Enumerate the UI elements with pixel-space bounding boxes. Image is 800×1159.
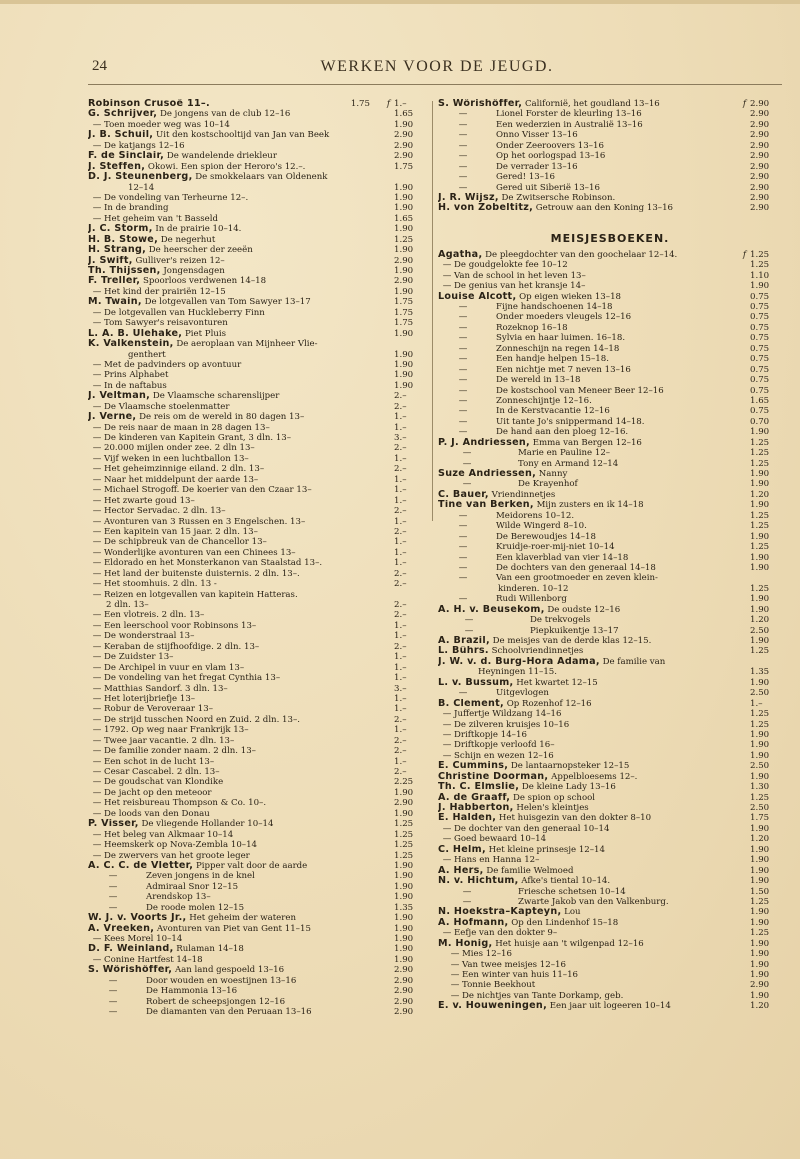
book-title: Jongensdagen — [163, 266, 224, 276]
price: 1.25 — [750, 459, 782, 469]
book-title: Hector Servadac. 2 dln. 13– — [104, 506, 226, 516]
price: 2.50 — [750, 803, 782, 813]
book-title: Sylvia en haar luimen. 16–18. — [496, 333, 625, 343]
book-title: De familie Welmoed — [486, 866, 573, 876]
book-title: De loods van den Donau — [104, 809, 210, 819]
book-title: Een winter van huis 11–16 — [462, 970, 578, 980]
book-title: Schijn en wezen 12–16 — [454, 751, 554, 761]
ditto-dash: — — [456, 594, 470, 604]
ditto-dash: — — [456, 162, 470, 172]
entry-text: —Arendskop 13– — [88, 892, 390, 902]
book-title: Uit tante Jo's snippermand 14–18. — [496, 417, 645, 427]
book-entry: —Tom Sawyer's reisavonturen1.75 — [88, 318, 426, 328]
price: 0.75 — [750, 312, 782, 322]
book-title: De Vlaamsche stoelenmatter — [104, 402, 230, 412]
book-entry: —De vondeling van Terheurne 12–.1.90 — [88, 193, 426, 203]
running-title: WERKEN VOOR DE JEUGD. — [92, 58, 782, 76]
entry-text: —Een winter van huis 11–16 — [438, 970, 746, 980]
entry-text: —De Archipel in vuur en vlam 13– — [88, 663, 390, 673]
price: 1.90 — [750, 479, 782, 489]
ditto-dash: — — [90, 141, 104, 151]
ditto-dash: — — [456, 354, 470, 364]
book-entry: —Een handje helpen 15–18.0.75 — [438, 354, 782, 364]
entry-text: —Eldorado en het Monsterkanon van Staals… — [88, 558, 390, 568]
book-title: Op den Lindenhof 15–18 — [511, 918, 618, 928]
price: 2.90 — [750, 183, 782, 193]
author-name: Th. Thijssen, — [88, 266, 161, 276]
price: 0.75 — [750, 344, 782, 354]
author-name: B. Clement, — [438, 699, 504, 709]
entry-text: E. v. Houweningen, Een jaar uit logeeren… — [438, 1001, 746, 1011]
entry-text: —De kinderen van Kapitein Grant, 3 dln. … — [88, 433, 390, 443]
book-title: Een klaverblad van vier 14–18 — [496, 553, 628, 563]
book-title: Gered! 13–16 — [496, 172, 555, 182]
book-entry: Louise Alcott, Op eigen wieken 13–180.75 — [438, 292, 782, 302]
price: 2.– — [394, 527, 426, 537]
book-title: Van een grootmoeder en zeven klein- — [496, 573, 658, 583]
ditto-dash: — — [456, 109, 470, 119]
book-title: De spion op school — [513, 793, 595, 803]
boys-books-continued: S. Wörishöffer, Californië, het goudland… — [438, 99, 782, 214]
book-entry: K. Valkenstein, De aeroplaan van Mijnhee… — [88, 339, 426, 349]
author-name: C. Bauer, — [438, 490, 489, 500]
price: 2.90 — [750, 203, 782, 213]
book-entry: —Het land der buitenste duisternis. 2 dl… — [88, 569, 426, 579]
book-entry: N. v. Hichtum, Afke's tiental 10–14.1.90 — [438, 876, 782, 886]
author-name: M. Twain, — [88, 297, 142, 307]
author-name: N. v. Hichtum, — [438, 876, 519, 886]
book-entry: H. von Zobeltitz, Getrouw aan den Koning… — [438, 203, 782, 213]
book-entry: —Rozeknop 16–180.75 — [438, 323, 782, 333]
book-title: Rozeknop 16–18 — [496, 323, 568, 333]
price: 2.– — [394, 402, 426, 412]
book-title: Cesar Cascabel. 2 dln. 13– — [104, 767, 220, 777]
ditto-dash: — — [456, 396, 470, 406]
book-title: De Berewoudjes 14–18 — [496, 532, 596, 542]
entry-text: H. Strang, De heerscher der zeeën — [88, 245, 390, 255]
entry-text: J. Steffen, Okowi. Een spion der Heroro'… — [88, 162, 390, 172]
ditto-dash: — — [90, 287, 104, 297]
book-title: In de naftabus — [104, 381, 167, 391]
entry-text: A. H. v. Beusekom, De oudste 12–16 — [438, 605, 746, 615]
book-title: Onder Zeeroovers 13–16 — [496, 141, 604, 151]
entry-text: —Het loterijbriefje 13– — [88, 694, 390, 704]
book-title: De genius van het kransje 14– — [454, 281, 585, 291]
book-entry: —Hector Servadac. 2 dln. 13–2.– — [88, 506, 426, 516]
book-entry: —In de naftabus1.90 — [88, 381, 426, 391]
entry-text: —Kruidje-roer-mij-niet 10–14 — [438, 542, 746, 552]
book-title: Tony en Armand 12–14 — [518, 459, 618, 469]
ditto-dash: — — [90, 704, 104, 714]
book-entry: —De Zuidster 13–1.– — [88, 652, 426, 662]
book-title: Emma van Bergen 12–16 — [533, 438, 642, 448]
book-title: Zwarte Jakob van den Valkenburg. — [518, 897, 669, 907]
header-rule — [88, 84, 782, 85]
book-title: De Zwitsersche Robinson. — [502, 193, 616, 203]
entry-text: —Vijf weken in een luchtballon 13– — [88, 454, 390, 464]
book-title: De katjangs 12–16 — [104, 141, 185, 151]
entry-text: —De nichtjes van Tante Dorkamp, geb. — [438, 991, 746, 1001]
ditto-dash: — — [448, 980, 462, 990]
book-title: De vliegende Hollander 10–14 — [141, 819, 273, 829]
entry-text: Th. C. Elmslie, De kleine Lady 13–16 — [438, 782, 746, 792]
price: 2.90 — [394, 976, 426, 986]
price: 1.75 — [394, 318, 426, 328]
ditto-dash: — — [460, 479, 474, 489]
price: 2.– — [394, 579, 426, 589]
entry-text: —De Hammonia 13–16 — [88, 986, 390, 996]
ditto-dash: — — [90, 673, 104, 683]
price: 1.20 — [750, 1001, 782, 1011]
book-entry: —1792. Op weg naar Frankrijk 13–1.– — [88, 725, 426, 735]
price: 1.25 — [750, 709, 782, 719]
ditto-dash: — — [90, 621, 104, 631]
price: 1.90 — [394, 360, 426, 370]
book-entry: G. Schrijver, De jongens van de club 12–… — [88, 109, 426, 119]
ditto-dash: — — [460, 459, 474, 469]
price: 1.10 — [750, 271, 782, 281]
book-title: Vijf weken in een luchtballon 13– — [104, 454, 249, 464]
book-title: 2 dln. 13– — [106, 600, 149, 610]
entry-text: —Onder Zeeroovers 13–16 — [438, 141, 746, 151]
entry-text: —Het land der buitenste duisternis. 2 dl… — [88, 569, 390, 579]
book-entry: 2 dln. 13–2.– — [88, 600, 426, 610]
book-entry: —Met de padvinders op avontuur1.90 — [88, 360, 426, 370]
entry-text: —Conine Hartfest 14–18 — [88, 955, 390, 965]
entry-text: —Een leerschool voor Robinsons 13– — [88, 621, 390, 631]
ditto-dash: — — [90, 517, 104, 527]
book-title: Onno Visser 13–16 — [496, 130, 578, 140]
book-entry: —Fijne handschoenen 14–180.75 — [438, 302, 782, 312]
book-entry: —Het loterijbriefje 13–1.– — [88, 694, 426, 704]
book-title: Een nichtje met 7 neven 13–16 — [496, 365, 631, 375]
book-title: 1792. Op weg naar Frankrijk 13– — [104, 725, 249, 735]
price: 1.90 — [394, 809, 426, 819]
price: 2.90 — [394, 151, 426, 161]
price: 1.25 — [750, 584, 782, 594]
entry-text: —Tonnie Beekhout — [438, 980, 746, 990]
book-entry: —De goudgelokte fee 10–121.25 — [438, 260, 782, 270]
book-title: De kleine Lady 13–16 — [522, 782, 616, 792]
book-entry: J. B. Schuil, Uit den kostschooltijd van… — [88, 130, 426, 140]
book-entry: —Zwarte Jakob van den Valkenburg.1.25 — [438, 897, 782, 907]
ditto-dash: — — [90, 423, 104, 433]
book-entry: H. B. Stowe, De negerhut1.25 — [88, 235, 426, 245]
book-entry: J. Habberton, Helen's kleintjes2.50 — [438, 803, 782, 813]
ditto-dash: — — [90, 715, 104, 725]
book-entry: —Driftkopje 14–161.90 — [438, 730, 782, 740]
book-title: Vriendinnetjes — [492, 490, 556, 500]
ditto-dash: — — [90, 809, 104, 819]
price: 1.90 — [750, 427, 782, 437]
book-entry: —Gered! 13–162.90 — [438, 172, 782, 182]
book-title: Zonneschijn na regen 14–18 — [496, 344, 619, 354]
book-entry: Heyningen 11–15.1.35 — [438, 667, 782, 677]
book-title: Het land der buitenste duisternis. 2 dln… — [104, 569, 300, 579]
price: 1.90 — [394, 871, 426, 881]
book-entry: —Heemskerk op Nova-Zembla 10–141.25 — [88, 840, 426, 850]
book-entry: —De zwervers van het groote leger1.25 — [88, 851, 426, 861]
ditto-dash: — — [460, 887, 474, 897]
price: 3.– — [394, 684, 426, 694]
book-entry: P. J. Andriessen, Emma van Bergen 12–161… — [438, 438, 782, 448]
price: 1.25 — [750, 793, 782, 803]
author-name: J. Veltman, — [88, 391, 150, 401]
price: 2.90 — [394, 276, 426, 286]
price: 1.90 — [394, 224, 426, 234]
ditto-dash: — — [90, 767, 104, 777]
price: 1.– — [394, 548, 426, 558]
entry-text: Agatha, De pleegdochter van den goochela… — [438, 250, 746, 260]
author-name: S. Wörishöffer, — [88, 965, 172, 975]
book-title: Nanny — [539, 469, 568, 479]
ditto-dash: — — [456, 406, 470, 416]
entry-text: —De loods van den Donau — [88, 809, 390, 819]
book-title: Onder moeders vleugels 12–16 — [496, 312, 631, 322]
book-title: De lantaarnopsteker 12–15 — [511, 761, 629, 771]
price: 2.– — [394, 736, 426, 746]
entry-text: J. Swift, Gulliver's reizen 12– — [88, 256, 390, 266]
book-title: Heemskerk op Nova-Zembla 10–14 — [104, 840, 257, 850]
book-entry: —Naar het middelpunt der aarde 13–1.– — [88, 475, 426, 485]
entry-text: —Het geheim van 't Basseld — [88, 214, 390, 224]
book-title: Het huisgezin van den dokter 8–10 — [499, 813, 651, 823]
ditto-dash: — — [90, 193, 104, 203]
price: 1.90 — [750, 918, 782, 928]
book-title: Het kwartet 12–15 — [516, 678, 597, 688]
entry-text: —Een schot in de lucht 13– — [88, 757, 390, 767]
book-title: Tom Sawyer's reisavonturen — [104, 318, 228, 328]
ditto-dash: — — [90, 652, 104, 662]
ditto-dash: — — [456, 141, 470, 151]
ditto-dash: — — [90, 433, 104, 443]
price: 1.90 — [750, 281, 782, 291]
author-name: F. Treller, — [88, 276, 140, 286]
author-name: G. Schrijver, — [88, 109, 157, 119]
author-name: C. Helm, — [438, 845, 486, 855]
book-title: De lotgevallen van Huckleberry Finn — [104, 308, 265, 318]
book-entry: —Van een grootmoeder en zeven klein- — [438, 573, 782, 583]
ditto-dash: — — [90, 464, 104, 474]
entry-text: H. B. Stowe, De negerhut — [88, 235, 390, 245]
entry-text: —Van twee meisjes 12–16 — [438, 960, 746, 970]
entry-text: —Cesar Cascabel. 2 dln. 13– — [88, 767, 390, 777]
book-entry: —20.000 mijlen onder zee. 2 dln 13–2.– — [88, 443, 426, 453]
book-entry: —Zonneschijntje 12–16.1.65 — [438, 396, 782, 406]
book-entry: —Cesar Cascabel. 2 dln. 13–2.– — [88, 767, 426, 777]
book-title: De heerscher der zeeën — [149, 245, 253, 255]
price: 1.75 — [394, 297, 426, 307]
book-entry: —Keraban de stijfhoofdige. 2 dln. 13–2.– — [88, 642, 426, 652]
book-title: De Krayenhof — [518, 479, 578, 489]
ditto-dash: — — [90, 663, 104, 673]
entry-text: —Met de padvinders op avontuur — [88, 360, 390, 370]
entry-text: —Het reisbureau Thompson & Co. 10–. — [88, 798, 390, 808]
currency-symbol: f — [387, 99, 390, 109]
book-title: Arendskop 13– — [146, 892, 211, 902]
book-title: Een jaar uit logeeren 10–14 — [550, 1001, 671, 1011]
book-entry: F. Treller, Spoorloos verdwenen 14–182.9… — [88, 276, 426, 286]
ditto-dash: — — [106, 882, 120, 892]
book-entry: 12–141.90 — [88, 183, 426, 193]
book-title: Gulliver's reizen 12– — [135, 256, 224, 266]
book-title: Robinson Crusoë 11–. — [88, 99, 210, 109]
book-title: De kinderen van Kapitein Grant, 3 dln. 1… — [104, 433, 291, 443]
price: 1.– — [394, 652, 426, 662]
book-entry: J. Verne, De reis om de wereld in 80 dag… — [88, 412, 426, 422]
entry-text: kinderen. 10–12 — [438, 584, 746, 594]
entry-text: —Het stoomhuis. 2 dln. 13 - — [88, 579, 390, 589]
book-entry: —Juffertje Wildzang 14–161.25 — [438, 709, 782, 719]
price: 2.25 — [394, 777, 426, 787]
book-entry: W. J. v. Voorts Jr., Het geheim der wate… — [88, 913, 426, 923]
book-title: De verrader 13–16 — [496, 162, 578, 172]
ditto-dash: — — [456, 344, 470, 354]
entry-text: L. Bührs. Schoolvriendinnetjes — [438, 646, 746, 656]
book-entry: —Wilde Wingerd 8–10.1.25 — [438, 521, 782, 531]
book-title: In de branding — [104, 203, 169, 213]
book-title: De diamanten van den Peruaan 13–16 — [146, 1007, 312, 1017]
entry-text: genthert — [88, 350, 390, 360]
ditto-dash: — — [90, 840, 104, 850]
author-name: L. A. B. Ulehake, — [88, 329, 182, 339]
book-title: Rudi Willenborg — [496, 594, 567, 604]
book-title: Uit den kostschooltijd van Jan van Beek — [156, 130, 329, 140]
price: 1.– — [394, 673, 426, 683]
book-entry: E. Cummins, De lantaarnopsteker 12–152.5… — [438, 761, 782, 771]
book-entry: P. Visser, De vliegende Hollander 10–141… — [88, 819, 426, 829]
entry-text: F. Treller, Spoorloos verdwenen 14–18 — [88, 276, 390, 286]
ditto-dash: — — [440, 824, 454, 834]
entry-text: —Avonturen van 3 Russen en 3 Engelschen.… — [88, 517, 390, 527]
price: 1.– — [394, 694, 426, 704]
book-entry: —Conine Hartfest 14–181.90 — [88, 955, 426, 965]
price: 1.20 — [750, 490, 782, 500]
book-title: Okowi. Een spion der Heroro's 12.–. — [148, 162, 306, 172]
book-title: De goudgelokte fee 10–12 — [454, 260, 568, 270]
book-entry: E. v. Houweningen, Een jaar uit logeeren… — [438, 1001, 782, 1011]
book-entry: —Sylvia en haar luimen. 16–18.0.75 — [438, 333, 782, 343]
book-title: De oudste 12–16 — [547, 605, 620, 615]
price: 1.90 — [750, 636, 782, 646]
price: 0.75 — [750, 292, 782, 302]
price: 1.90 — [394, 193, 426, 203]
ditto-dash: — — [90, 684, 104, 694]
author-name: J. Steffen, — [88, 162, 145, 172]
book-title: De Zuidster 13– — [104, 652, 173, 662]
ditto-dash: — — [90, 214, 104, 224]
entry-text: —De goudgelokte fee 10–12 — [438, 260, 746, 270]
ditto-dash: — — [456, 130, 470, 140]
book-title: De zwervers van het groote leger — [104, 851, 250, 861]
ditto-dash: — — [90, 934, 104, 944]
entry-text: —Wilde Wingerd 8–10. — [438, 521, 746, 531]
price: 3.– — [394, 433, 426, 443]
book-title: Het geheim der wateren — [189, 913, 296, 923]
entry-text: —De familie zonder naam. 2 dln. 13– — [88, 746, 390, 756]
author-name: Christine Doorman, — [438, 772, 548, 782]
entry-text: —De dochters van den generaal 14–18 — [438, 563, 746, 573]
book-title: Matthias Sandorf. 3 dln. 13– — [104, 684, 228, 694]
book-entry: —De wereld in 13–180.75 — [438, 375, 782, 385]
book-entry: —De strijd tusschen Noord en Zuid. 2 dln… — [88, 715, 426, 725]
book-entry: D. F. Weinland, Rulaman 14–181.90 — [88, 944, 426, 954]
book-entry: A. Hofmann, Op den Lindenhof 15–181.90 — [438, 918, 782, 928]
entry-text: A. Hers, De familie Welmoed — [438, 866, 746, 876]
entry-text: A. de Graaff, De spion op school — [438, 793, 746, 803]
price: 0.70 — [750, 417, 782, 427]
book-entry: —De Archipel in vuur en vlam 13–1.– — [88, 663, 426, 673]
ditto-dash: — — [90, 788, 104, 798]
price: 1.75 — [750, 813, 782, 823]
book-entry: E. Halden, Het huisgezin van den dokter … — [438, 813, 782, 823]
ditto-dash: — — [456, 521, 470, 531]
book-entry: —De schipbreuk van de Chancellor 13–1.– — [88, 537, 426, 547]
entry-text: —Sylvia en haar luimen. 16–18. — [438, 333, 746, 343]
ditto-dash: — — [456, 323, 470, 333]
entry-text: —Mies 12–16 — [438, 949, 746, 959]
book-title: Met de padvinders op avontuur — [104, 360, 241, 370]
price: 1.90 — [750, 563, 782, 573]
entry-text: —Rudi Willenborg — [438, 594, 746, 604]
book-title: De wereld in 13–18 — [496, 375, 581, 385]
price: 2.50 — [750, 626, 782, 636]
book-entry: —De familie zonder naam. 2 dln. 13–2.– — [88, 746, 426, 756]
book-title: 20.000 mijlen onder zee. 2 dln 13– — [104, 443, 255, 453]
book-entry: Suze Andriessen, Nanny1.90 — [438, 469, 782, 479]
author-name: Suze Andriessen, — [438, 469, 536, 479]
entry-text: —De jacht op den meteoor — [88, 788, 390, 798]
book-entry: —Kees Morel 10–141.90 — [88, 934, 426, 944]
book-entry: —De zilveren kruisjes 10–161.25 — [438, 720, 782, 730]
ditto-dash: — — [440, 709, 454, 719]
book-title: Zeven jongens in de knel — [146, 871, 255, 881]
book-entry: —Onno Visser 13–162.90 — [438, 130, 782, 140]
book-entry: —De genius van het kransje 14–1.90 — [438, 281, 782, 291]
book-entry: —Arendskop 13–1.90 — [88, 892, 426, 902]
book-entry: —In de branding1.90 — [88, 203, 426, 213]
book-entry: —Onder Zeeroovers 13–162.90 — [438, 141, 782, 151]
book-entry: Tine van Berken, Mijn zusters en ik 14–1… — [438, 500, 782, 510]
ditto-dash: — — [440, 751, 454, 761]
ditto-dash: — — [440, 740, 454, 750]
ditto-dash: — — [448, 970, 462, 980]
book-title: De vondeling van het fregat Cynthia 13– — [104, 673, 280, 683]
ditto-dash: — — [90, 318, 104, 328]
price: 2.– — [394, 642, 426, 652]
price: 1.90 — [750, 960, 782, 970]
book-title: De jacht op den meteoor — [104, 788, 212, 798]
book-entry: A. de Graaff, De spion op school1.25 — [438, 793, 782, 803]
price: 1.90 — [750, 991, 782, 1001]
price: 1.90 — [750, 907, 782, 917]
ditto-dash: — — [440, 271, 454, 281]
price: 1.90 — [750, 855, 782, 865]
book-title: Pipper valt door de aarde — [196, 861, 307, 871]
book-entry: —Schijn en wezen 12–161.90 — [438, 751, 782, 761]
price: 1.90 — [750, 500, 782, 510]
book-entry: —Het geheimzinnige eiland. 2 dln. 13–2.– — [88, 464, 426, 474]
price: 1.– — [394, 631, 426, 641]
book-entry: —Driftkopje verloofd 16–1.90 — [438, 740, 782, 750]
price: 1.25 — [750, 260, 782, 270]
book-title: Het stoomhuis. 2 dln. 13 - — [104, 579, 217, 589]
author-name: A. Hofmann, — [438, 918, 508, 928]
author-name: Th. C. Elmslie, — [438, 782, 519, 792]
price: 2.90 — [750, 151, 782, 161]
entry-text: B. Clement, Op Rozenhof 12–16 — [438, 699, 746, 709]
entry-text: —Fijne handschoenen 14–18 — [438, 302, 746, 312]
